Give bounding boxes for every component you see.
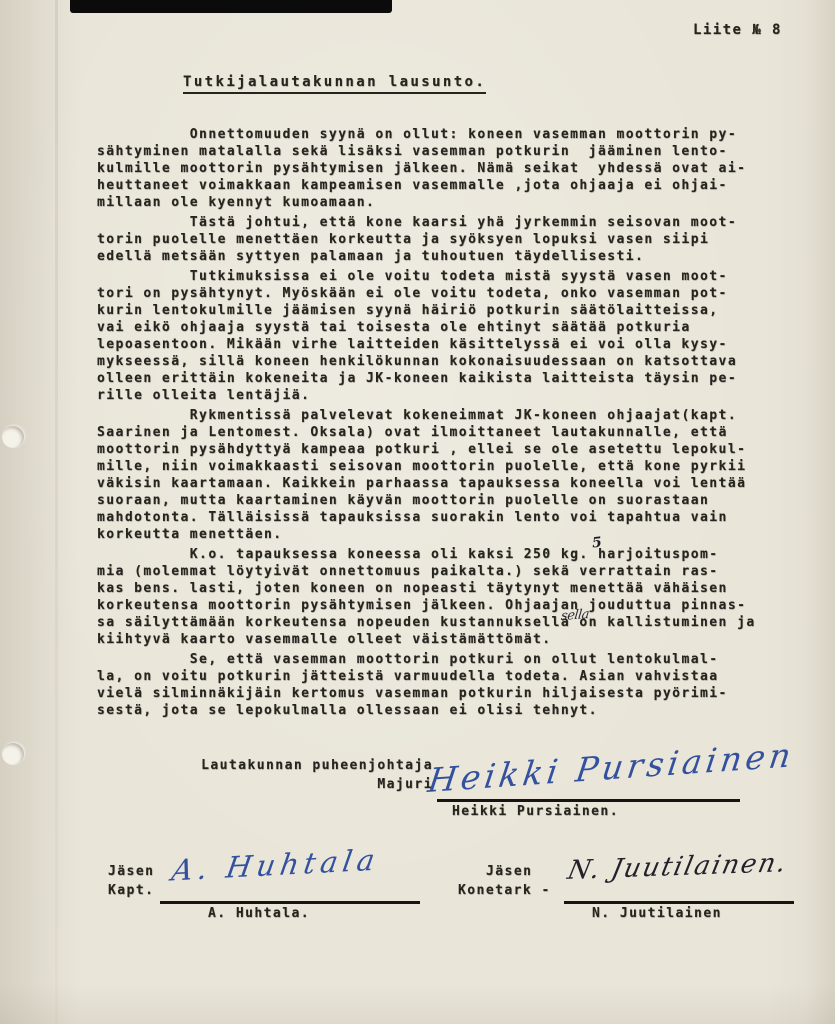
punch-hole-bottom: [2, 743, 24, 765]
chairman-role: Lautakunnan puheenjohtajaMajuri: [145, 757, 433, 794]
member2-role: JäsenKonetark -: [458, 863, 551, 900]
chairman-signature: Heikki Pursiainen: [426, 735, 798, 800]
member2-role-title: Jäsen: [458, 863, 551, 882]
member1-signature-line: [160, 901, 420, 904]
member1-signature: A. Huhtala: [169, 842, 382, 887]
member2-typed-name: N. Juutilainen: [592, 906, 722, 921]
document-body: Onnettomuuden syynä on ollut: koneen vas…: [97, 126, 785, 722]
punch-hole-top: [2, 426, 24, 448]
chairman-role-title: Lautakunnan puheenjohtaja: [201, 758, 433, 773]
member1-rank: Kapt.: [108, 883, 154, 898]
member1-typed-name: A. Huhtala.: [208, 906, 310, 921]
paragraph-4: Rykmentissä palvelevat kokeneimmat JK-ko…: [97, 407, 785, 543]
paper-crease: [55, 0, 58, 1024]
member2-signature: N. Juutilainen.: [565, 848, 791, 886]
paragraph-1: Onnettomuuden syynä on ollut: koneen vas…: [97, 126, 785, 211]
member2-rank: Konetark -: [458, 883, 551, 898]
chairman-rank: Majuri: [377, 777, 433, 792]
paragraph-2: Tästä johtui, että kone kaarsi yhä jyrke…: [97, 214, 785, 265]
chairman-signature-line: [437, 799, 740, 802]
chairman-typed-name: Heikki Pursiainen.: [452, 804, 619, 819]
member1-role-title: Jäsen: [108, 864, 154, 879]
scan-edge-artifact: [70, 0, 392, 13]
paragraph-3: Tutkimuksissa ei ole voitu todeta mistä …: [97, 268, 785, 404]
document-title: Tutkijalautakunnan lausunto.: [183, 74, 486, 94]
handwritten-word-insertion: sella: [560, 607, 589, 624]
annex-label: Liite № 8: [693, 22, 782, 38]
paragraph-6: Se, että vasemman moottorin potkuri on o…: [97, 651, 785, 719]
member2-signature-line: [564, 901, 794, 904]
handwritten-digit-correction: 5: [591, 535, 602, 552]
member1-role: JäsenKapt.: [108, 863, 154, 900]
paragraph-5: K.o. tapauksessa koneessa oli kaksi 250 …: [97, 546, 785, 648]
scanned-document-page: Liite № 8 Tutkijalautakunnan lausunto. O…: [0, 0, 835, 1024]
